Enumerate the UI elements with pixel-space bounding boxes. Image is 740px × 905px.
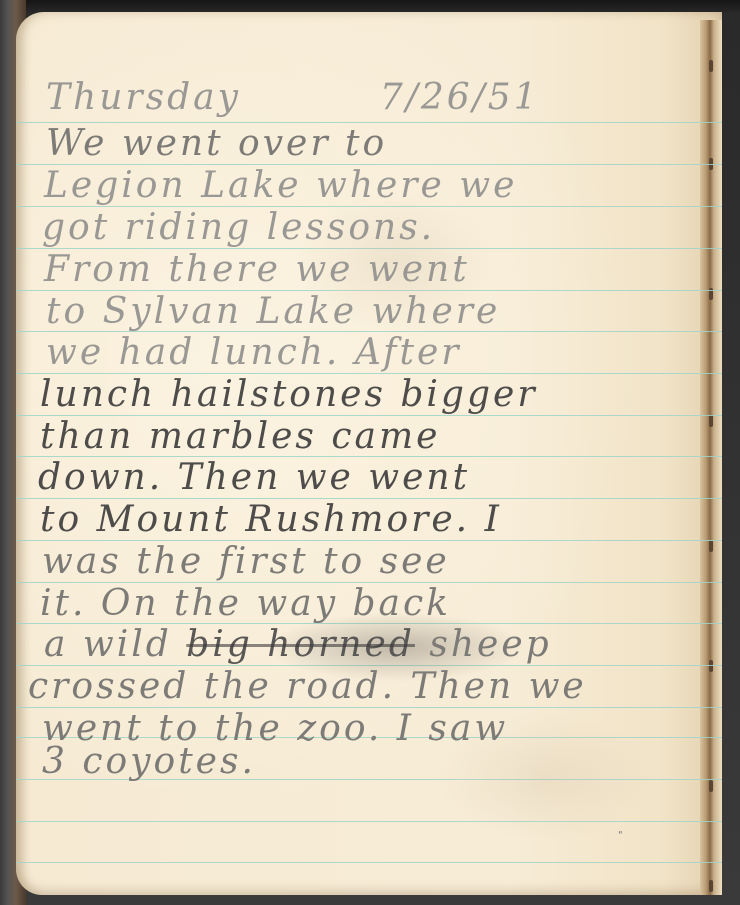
entry-text: sheep [415,624,552,665]
entry-line: we had lunch. After [46,333,462,373]
entry-line: down. Then we went [38,458,470,498]
entry-line-overwritten: a wild big horned sheep [44,625,552,665]
entry-line: was the first to see [42,542,450,582]
entry-line: Legion Lake where we [44,166,517,206]
entry-line: it. On the way back [40,584,451,624]
entry-date: 7/26/51 [380,77,540,118]
entry-line: to Sylvan Lake where [46,292,500,332]
entry-line: lunch hailstones bigger [40,375,538,415]
diary-page: Thursday 7/26/51 We went over to Legion … [16,12,722,895]
scanned-notebook-page: Thursday 7/26/51 We went over to Legion … [0,0,740,905]
entry-line: than marbles came [40,417,440,457]
entry-line: got riding lessons. [42,208,435,248]
entry-header: Thursday 7/26/51 [46,78,540,118]
entry-text: a wild [44,624,186,665]
entry-line: From there we went [44,250,470,290]
overwritten-text: big horned [186,624,415,665]
entry-line: 3 coyotes. [42,742,256,782]
entry-line: to Mount Rushmore. I [40,500,502,540]
entry-line: crossed the road. Then we [28,667,587,707]
entry-day: Thursday [46,77,241,118]
handwritten-entry: Thursday 7/26/51 We went over to Legion … [16,12,722,895]
stray-pencil-mark: " [618,830,623,841]
entry-line: We went over to [46,124,387,164]
